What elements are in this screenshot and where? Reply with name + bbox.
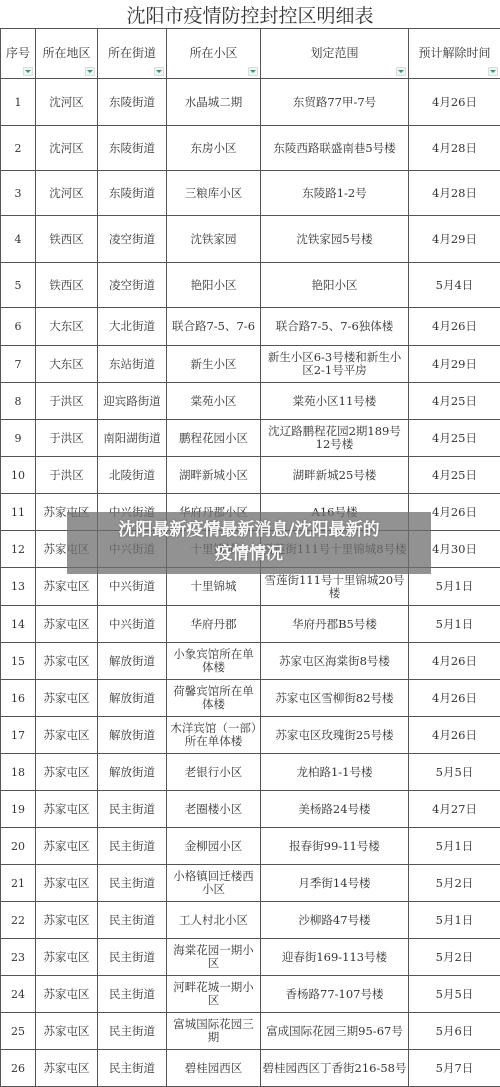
cell-release: 5月2日 xyxy=(409,939,500,976)
cell-seq: 17 xyxy=(1,717,36,754)
cell-community: 水晶城二期 xyxy=(167,79,261,126)
cell-community: 新生小区 xyxy=(167,346,261,383)
cell-seq: 4 xyxy=(1,216,36,263)
cell-district: 苏家屯区 xyxy=(36,1013,98,1050)
cell-scope: 联合路7-5、7-6独体楼 xyxy=(261,308,409,346)
cell-scope: 苏家屯区玫瑰街25号楼 xyxy=(261,717,409,754)
cell-community: 富城国际花园三期 xyxy=(167,1013,261,1050)
cell-district: 苏家屯区 xyxy=(36,791,98,828)
cell-street: 东陵街道 xyxy=(98,171,167,216)
table-row: 23苏家屯区民主街道海棠花园一期小区迎春街169-113号楼5月2日 xyxy=(1,939,500,976)
cell-seq: 9 xyxy=(1,420,36,457)
cell-release: 5月5日 xyxy=(409,754,500,791)
cell-release: 4月26日 xyxy=(409,680,500,717)
cell-community: 木洋宾馆（一部）所在单体楼 xyxy=(167,717,261,754)
cell-seq: 7 xyxy=(1,346,36,383)
cell-district: 苏家屯区 xyxy=(36,606,98,643)
cell-community: 碧桂园西区 xyxy=(167,1050,261,1087)
cell-release: 4月29日 xyxy=(409,216,500,263)
cell-street: 东陵街道 xyxy=(98,79,167,126)
cell-seq: 19 xyxy=(1,791,36,828)
table-row: 26苏家屯区民主街道碧桂园西区碧桂园西区丁香街216-58号5月7日 xyxy=(1,1050,500,1087)
header-community: 所在小区 xyxy=(167,29,261,79)
header-release: 预计解除时间 xyxy=(409,29,500,79)
header-seq: 序号 xyxy=(1,29,36,79)
table-row: 9于洪区南阳湖街道鹏程花园小区沈辽路鹏程花园2期189号12号楼4月25日 xyxy=(1,420,500,457)
cell-release: 5月7日 xyxy=(409,1050,500,1087)
headline-line-2: 疫情情况 xyxy=(67,542,431,566)
cell-community: 沈铁家园 xyxy=(167,216,261,263)
cell-seq: 12 xyxy=(1,531,36,568)
cell-street: 凌空街道 xyxy=(98,263,167,308)
table-row: 3沈河区东陵街道三粮库小区东陵路1-2号4月28日 xyxy=(1,171,500,216)
cell-release: 4月26日 xyxy=(409,308,500,346)
header-label: 划定范围 xyxy=(310,46,358,60)
cell-seq: 15 xyxy=(1,643,36,680)
cell-street: 解放街道 xyxy=(98,717,167,754)
cell-scope: 月季街14号楼 xyxy=(261,865,409,902)
cell-district: 苏家屯区 xyxy=(36,754,98,791)
cell-community: 工人村北小区 xyxy=(167,902,261,939)
cell-street: 东站街道 xyxy=(98,346,167,383)
cell-community: 联合路7-5、7-6 xyxy=(167,308,261,346)
cell-district: 苏家屯区 xyxy=(36,717,98,754)
table-row: 16苏家屯区解放街道荷馨宾馆所在单体楼苏家屯区雪柳街82号楼4月26日 xyxy=(1,680,500,717)
cell-community: 小格镇回迁楼西小区 xyxy=(167,865,261,902)
cell-community: 荷馨宾馆所在单体楼 xyxy=(167,680,261,717)
cell-release: 5月4日 xyxy=(409,263,500,308)
cell-seq: 6 xyxy=(1,308,36,346)
cell-community: 小象宾馆所在单体楼 xyxy=(167,643,261,680)
table-row: 10于洪区北陵街道湖畔新城小区湖畔新城25号楼4月25日 xyxy=(1,457,500,494)
cell-release: 4月25日 xyxy=(409,420,500,457)
cell-release: 4月27日 xyxy=(409,791,500,828)
cell-district: 铁西区 xyxy=(36,216,98,263)
cell-street: 解放街道 xyxy=(98,680,167,717)
cell-community: 湖畔新城小区 xyxy=(167,457,261,494)
cell-seq: 2 xyxy=(1,126,36,171)
table-row: 22苏家屯区民主街道工人村北小区沙柳路47号楼5月1日 xyxy=(1,902,500,939)
cell-scope: 报春街99-11号楼 xyxy=(261,828,409,865)
cell-community: 棠苑小区 xyxy=(167,383,261,420)
cell-seq: 1 xyxy=(1,79,36,126)
cell-release: 5月1日 xyxy=(409,902,500,939)
cell-district: 于洪区 xyxy=(36,383,98,420)
cell-street: 民主街道 xyxy=(98,1050,167,1087)
cell-street: 迎宾路街道 xyxy=(98,383,167,420)
table-row: 8于洪区迎宾路街道棠苑小区棠苑小区11号楼4月25日 xyxy=(1,383,500,420)
cell-release: 4月25日 xyxy=(409,383,500,420)
cell-street: 民主街道 xyxy=(98,976,167,1013)
cell-release: 4月29日 xyxy=(409,346,500,383)
cell-district: 苏家屯区 xyxy=(36,865,98,902)
cell-release: 4月25日 xyxy=(409,457,500,494)
cell-community: 海棠花园一期小区 xyxy=(167,939,261,976)
table-title: 沈阳市疫情防控封控区明细表 xyxy=(0,0,500,28)
cell-seq: 20 xyxy=(1,828,36,865)
table-row: 25苏家屯区民主街道富城国际花园三期富成国际花园三期95-67号5月6日 xyxy=(1,1013,500,1050)
cell-scope: 沈铁家园5号楼 xyxy=(261,216,409,263)
cell-community: 华府丹郡 xyxy=(167,606,261,643)
filter-dropdown-icon[interactable] xyxy=(396,67,406,76)
cell-community: 老银行小区 xyxy=(167,754,261,791)
filter-dropdown-icon[interactable] xyxy=(154,67,164,76)
table-row: 1沈河区东陵街道水晶城二期东贸路77甲-7号4月26日 xyxy=(1,79,500,126)
cell-scope: 湖畔新城25号楼 xyxy=(261,457,409,494)
cell-scope: 龙柏路1-1号楼 xyxy=(261,754,409,791)
cell-seq: 22 xyxy=(1,902,36,939)
cell-scope: 东贸路77甲-7号 xyxy=(261,79,409,126)
filter-dropdown-icon[interactable] xyxy=(85,67,95,76)
cell-district: 苏家屯区 xyxy=(36,828,98,865)
cell-release: 4月28日 xyxy=(409,171,500,216)
cell-community: 东房小区 xyxy=(167,126,261,171)
table-row: 18苏家屯区解放街道老银行小区龙柏路1-1号楼5月5日 xyxy=(1,754,500,791)
cell-scope: 香杨路77-107号楼 xyxy=(261,976,409,1013)
header-label: 所在街道 xyxy=(108,46,156,60)
cell-district: 于洪区 xyxy=(36,420,98,457)
table-row: 5铁西区凌空街道艳阳小区艳阳小区5月4日 xyxy=(1,263,500,308)
table-row: 20苏家屯区民主街道金柳园小区报春街99-11号楼5月1日 xyxy=(1,828,500,865)
cell-street: 民主街道 xyxy=(98,939,167,976)
cell-district: 苏家屯区 xyxy=(36,976,98,1013)
cell-seq: 5 xyxy=(1,263,36,308)
cell-street: 凌空街道 xyxy=(98,216,167,263)
cell-scope: 华府丹郡B5号楼 xyxy=(261,606,409,643)
cell-seq: 23 xyxy=(1,939,36,976)
cell-seq: 14 xyxy=(1,606,36,643)
cell-district: 苏家屯区 xyxy=(36,902,98,939)
cell-district: 苏家屯区 xyxy=(36,643,98,680)
table-row: 14苏家屯区中兴街道华府丹郡华府丹郡B5号楼5月1日 xyxy=(1,606,500,643)
cell-scope: 美杨路24号楼 xyxy=(261,791,409,828)
cell-district: 大东区 xyxy=(36,346,98,383)
cell-scope: 苏家屯区海棠街8号楼 xyxy=(261,643,409,680)
cell-community: 老圈楼小区 xyxy=(167,791,261,828)
cell-scope: 新生小区6-3号楼和新生小区2-1号平房 xyxy=(261,346,409,383)
cell-scope: 迎春街169-113号楼 xyxy=(261,939,409,976)
table-row: 15苏家屯区解放街道小象宾馆所在单体楼苏家屯区海棠街8号楼4月26日 xyxy=(1,643,500,680)
cell-release: 4月26日 xyxy=(409,79,500,126)
cell-release: 5月1日 xyxy=(409,606,500,643)
filter-dropdown-icon[interactable] xyxy=(23,67,33,76)
cell-street: 民主街道 xyxy=(98,865,167,902)
cell-scope: 富成国际花园三期95-67号 xyxy=(261,1013,409,1050)
cell-community: 金柳园小区 xyxy=(167,828,261,865)
cell-seq: 3 xyxy=(1,171,36,216)
cell-street: 北陵街道 xyxy=(98,457,167,494)
headline-line-1: 沈阳最新疫情最新消息/沈阳最新的 xyxy=(67,518,431,542)
cell-scope: 碧桂园西区丁香街216-58号 xyxy=(261,1050,409,1087)
table-row: 4铁西区凌空街道沈铁家园沈铁家园5号楼4月29日 xyxy=(1,216,500,263)
table-body: 1沈河区东陵街道水晶城二期东贸路77甲-7号4月26日2沈河区东陵街道东房小区东… xyxy=(1,79,500,1087)
cell-street: 民主街道 xyxy=(98,1013,167,1050)
cell-scope: 东陵西路联盛南巷5号楼 xyxy=(261,126,409,171)
cell-release: 4月26日 xyxy=(409,717,500,754)
cell-scope: 苏家屯区雪柳街82号楼 xyxy=(261,680,409,717)
cell-seq: 8 xyxy=(1,383,36,420)
cell-seq: 13 xyxy=(1,568,36,606)
cell-district: 沈河区 xyxy=(36,79,98,126)
filter-dropdown-icon[interactable] xyxy=(248,67,258,76)
header-district: 所在地区 xyxy=(36,29,98,79)
header-street: 所在街道 xyxy=(98,29,167,79)
cell-scope: 沙柳路47号楼 xyxy=(261,902,409,939)
filter-dropdown-icon[interactable] xyxy=(488,67,498,76)
cell-community: 河畔花城一期小区 xyxy=(167,976,261,1013)
cell-street: 民主街道 xyxy=(98,791,167,828)
cell-street: 民主街道 xyxy=(98,902,167,939)
cell-community: 三粮库小区 xyxy=(167,171,261,216)
table-row: 21苏家屯区民主街道小格镇回迁楼西小区月季街14号楼5月2日 xyxy=(1,865,500,902)
header-label: 所在地区 xyxy=(42,46,90,60)
cell-seq: 26 xyxy=(1,1050,36,1087)
header-scope: 划定范围 xyxy=(261,29,409,79)
cell-release: 5月5日 xyxy=(409,976,500,1013)
cell-seq: 16 xyxy=(1,680,36,717)
header-label: 所在小区 xyxy=(189,46,237,60)
table-row: 24苏家屯区民主街道河畔花城一期小区香杨路77-107号楼5月5日 xyxy=(1,976,500,1013)
cell-street: 大北街道 xyxy=(98,308,167,346)
cell-community: 艳阳小区 xyxy=(167,263,261,308)
cell-street: 南阳湖街道 xyxy=(98,420,167,457)
cell-scope: 东陵路1-2号 xyxy=(261,171,409,216)
cell-scope: 棠苑小区11号楼 xyxy=(261,383,409,420)
cell-street: 中兴街道 xyxy=(98,606,167,643)
cell-district: 沈河区 xyxy=(36,126,98,171)
cell-release: 5月1日 xyxy=(409,828,500,865)
cell-release: 4月28日 xyxy=(409,126,500,171)
cell-release: 5月2日 xyxy=(409,865,500,902)
cell-district: 大东区 xyxy=(36,308,98,346)
cell-release: 4月26日 xyxy=(409,643,500,680)
header-row: 序号 所在地区 所在街道 所在小区 划定范围 预计解除时间 xyxy=(1,29,500,79)
headline-overlay: 沈阳最新疫情最新消息/沈阳最新的 疫情情况 xyxy=(67,512,431,574)
cell-seq: 21 xyxy=(1,865,36,902)
cell-seq: 10 xyxy=(1,457,36,494)
cell-community: 鹏程花园小区 xyxy=(167,420,261,457)
table-row: 17苏家屯区解放街道木洋宾馆（一部）所在单体楼苏家屯区玫瑰街25号楼4月26日 xyxy=(1,717,500,754)
table-row: 7大东区东站街道新生小区新生小区6-3号楼和新生小区2-1号平房4月29日 xyxy=(1,346,500,383)
cell-release: 5月6日 xyxy=(409,1013,500,1050)
cell-seq: 24 xyxy=(1,976,36,1013)
cell-district: 铁西区 xyxy=(36,263,98,308)
cell-seq: 18 xyxy=(1,754,36,791)
cell-seq: 25 xyxy=(1,1013,36,1050)
cell-district: 沈河区 xyxy=(36,171,98,216)
cell-scope: 艳阳小区 xyxy=(261,263,409,308)
header-label: 序号 xyxy=(6,46,30,60)
cell-street: 解放街道 xyxy=(98,643,167,680)
cell-district: 苏家屯区 xyxy=(36,680,98,717)
table-row: 19苏家屯区民主街道老圈楼小区美杨路24号楼4月27日 xyxy=(1,791,500,828)
cell-scope: 沈辽路鹏程花园2期189号12号楼 xyxy=(261,420,409,457)
cell-district: 于洪区 xyxy=(36,457,98,494)
cell-street: 民主街道 xyxy=(98,828,167,865)
table-row: 6大东区大北街道联合路7-5、7-6联合路7-5、7-6独体楼4月26日 xyxy=(1,308,500,346)
header-label: 预计解除时间 xyxy=(418,46,490,60)
table-row: 2沈河区东陵街道东房小区东陵西路联盛南巷5号楼4月28日 xyxy=(1,126,500,171)
cell-seq: 11 xyxy=(1,494,36,531)
cell-street: 东陵街道 xyxy=(98,126,167,171)
cell-street: 解放街道 xyxy=(98,754,167,791)
cell-district: 苏家屯区 xyxy=(36,939,98,976)
cell-district: 苏家屯区 xyxy=(36,1050,98,1087)
